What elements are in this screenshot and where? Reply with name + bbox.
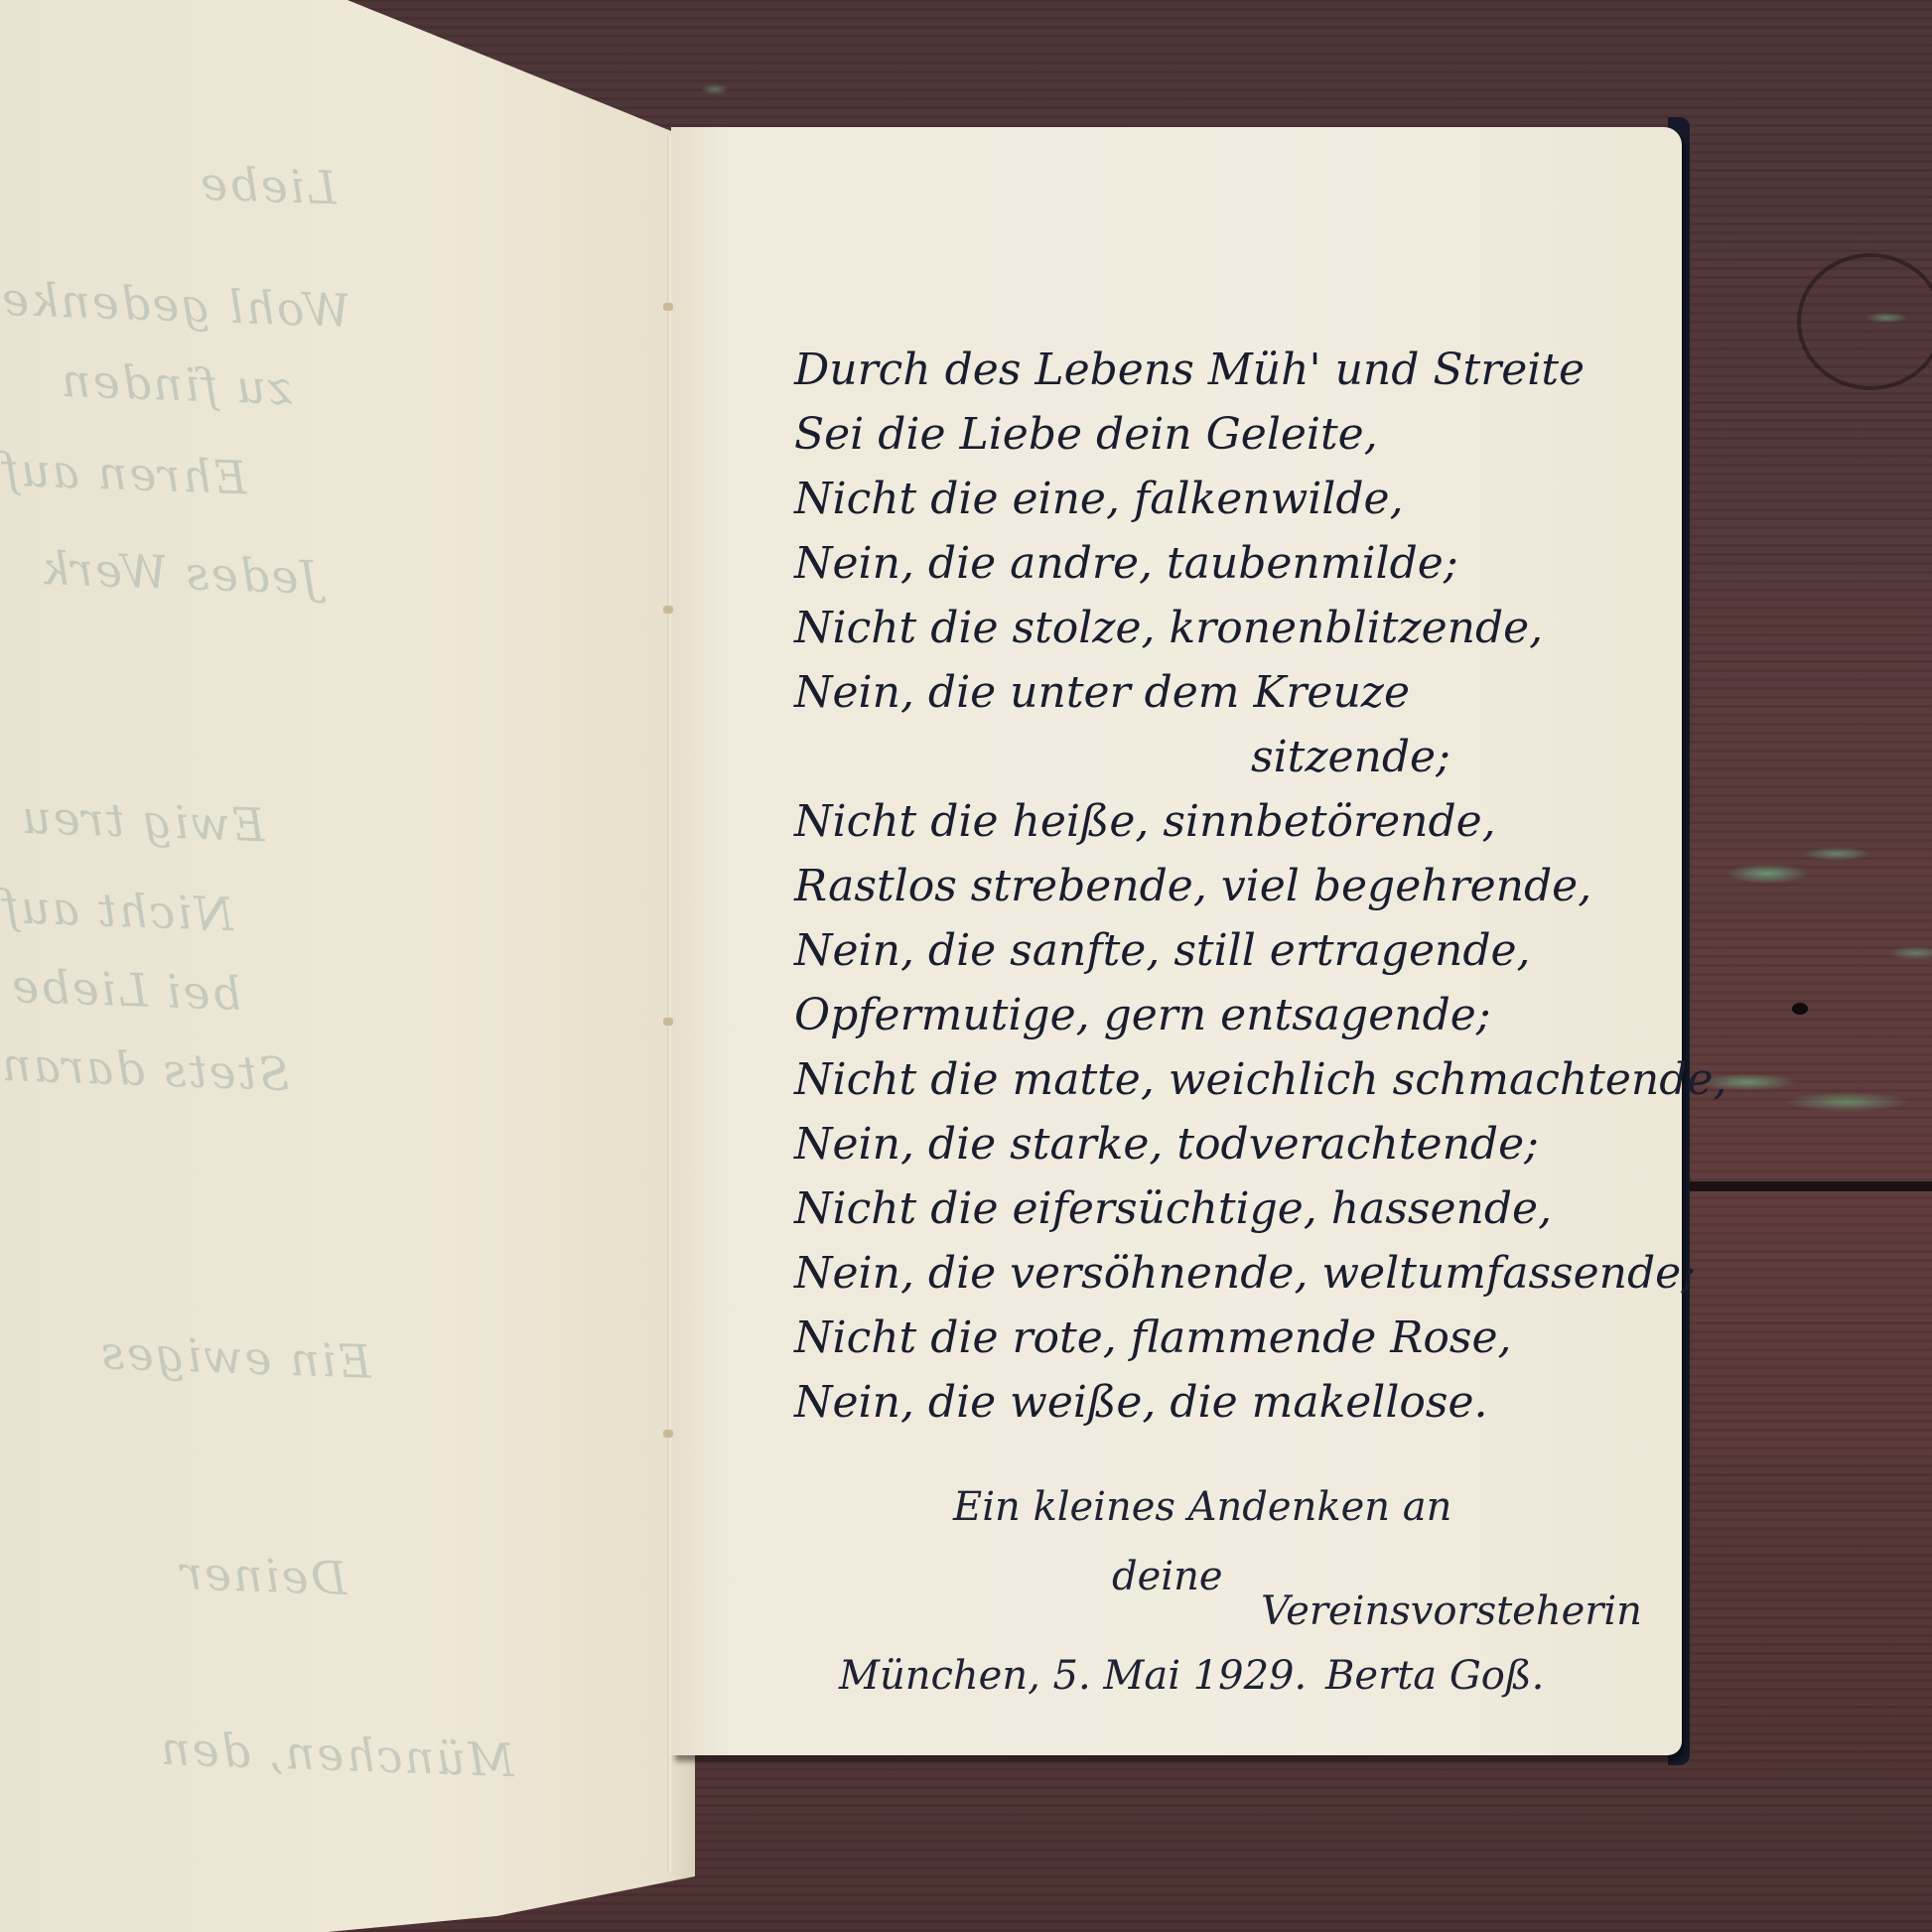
poem-line: Sei die Liebe dein Geleite,: [794, 402, 1668, 467]
poem-line: Nicht die matte, weichlich schmachtende,: [794, 1047, 1668, 1112]
bleed-through-text: München, den: [158, 1722, 515, 1787]
poem-line: Nicht die heiße, sinnbetörende,: [794, 789, 1668, 854]
poem-line: Nicht die rote, flammende Rose,: [794, 1306, 1668, 1370]
binding-stitch: [663, 606, 673, 614]
bleed-through-text: Jedes Werk: [39, 541, 320, 605]
bleed-through-text: Stets daran: [0, 1037, 291, 1101]
poem-line: Nein, die versöhnende, weltumfassende;: [794, 1241, 1668, 1306]
dedication-role: Vereinsvorsteherin: [1261, 1588, 1642, 1634]
poem-line: Nein, die sanfte, still ertragende,: [794, 918, 1668, 983]
wood-knot: [1797, 253, 1932, 390]
handwritten-poem: Durch des Lebens Müh' und Streite Sei di…: [794, 338, 1668, 1435]
bleed-through-text: Liebe: [198, 157, 338, 215]
poem-line: Nicht die stolze, kronenblitzende,: [794, 596, 1668, 660]
poem-line: Nicht die eine, falkenwilde,: [794, 467, 1668, 531]
bleed-through-text: Nicht auf: [0, 880, 234, 941]
bleed-through-text: Deiner: [178, 1546, 347, 1605]
binding-stitch: [663, 303, 673, 311]
left-page: Liebe Wohl gedenke zu finden Ehren auf J…: [0, 0, 695, 1932]
signature: Berta Goß.: [1325, 1653, 1544, 1699]
dedication-line: Ein kleines Andenken an: [953, 1484, 1451, 1530]
bleed-through-text: bei Liebe: [9, 959, 242, 1021]
bleed-through-text: Ewig treu: [19, 790, 266, 853]
bleed-through-text: Wohl gedenke: [0, 272, 351, 338]
wood-knothole: [1792, 1003, 1808, 1015]
bleed-through-text: zu finden: [59, 353, 293, 415]
poem-line: Rastlos strebende, viel begehrende,: [794, 854, 1668, 918]
binding-stitch: [663, 1430, 673, 1438]
poem-line: sitzende;: [794, 725, 1668, 789]
poem-line: Opfermutige, gern entsagende;: [794, 983, 1668, 1047]
poem-line: Durch des Lebens Müh' und Streite: [794, 338, 1668, 402]
poem-line: Nein, die starke, todverachtende;: [794, 1112, 1668, 1176]
bleed-through-text: Ehren auf: [0, 443, 248, 505]
poem-line: Nein, die weiße, die makellose.: [794, 1370, 1668, 1435]
bleed-through-text: Ein ewiges: [98, 1325, 372, 1389]
poem-line: Nicht die eifersüchtige, hassende,: [794, 1176, 1668, 1241]
plank-gap: [1688, 1181, 1932, 1191]
place-date: München, 5. Mai 1929.: [839, 1653, 1307, 1699]
dedication-deine: deine: [1112, 1554, 1223, 1599]
binding-stitch: [663, 1018, 673, 1026]
poem-line: Nein, die andre, taubenmilde;: [794, 531, 1668, 596]
poem-line: Nein, die unter dem Kreuze: [794, 660, 1668, 725]
book-spine: [667, 135, 671, 1872]
